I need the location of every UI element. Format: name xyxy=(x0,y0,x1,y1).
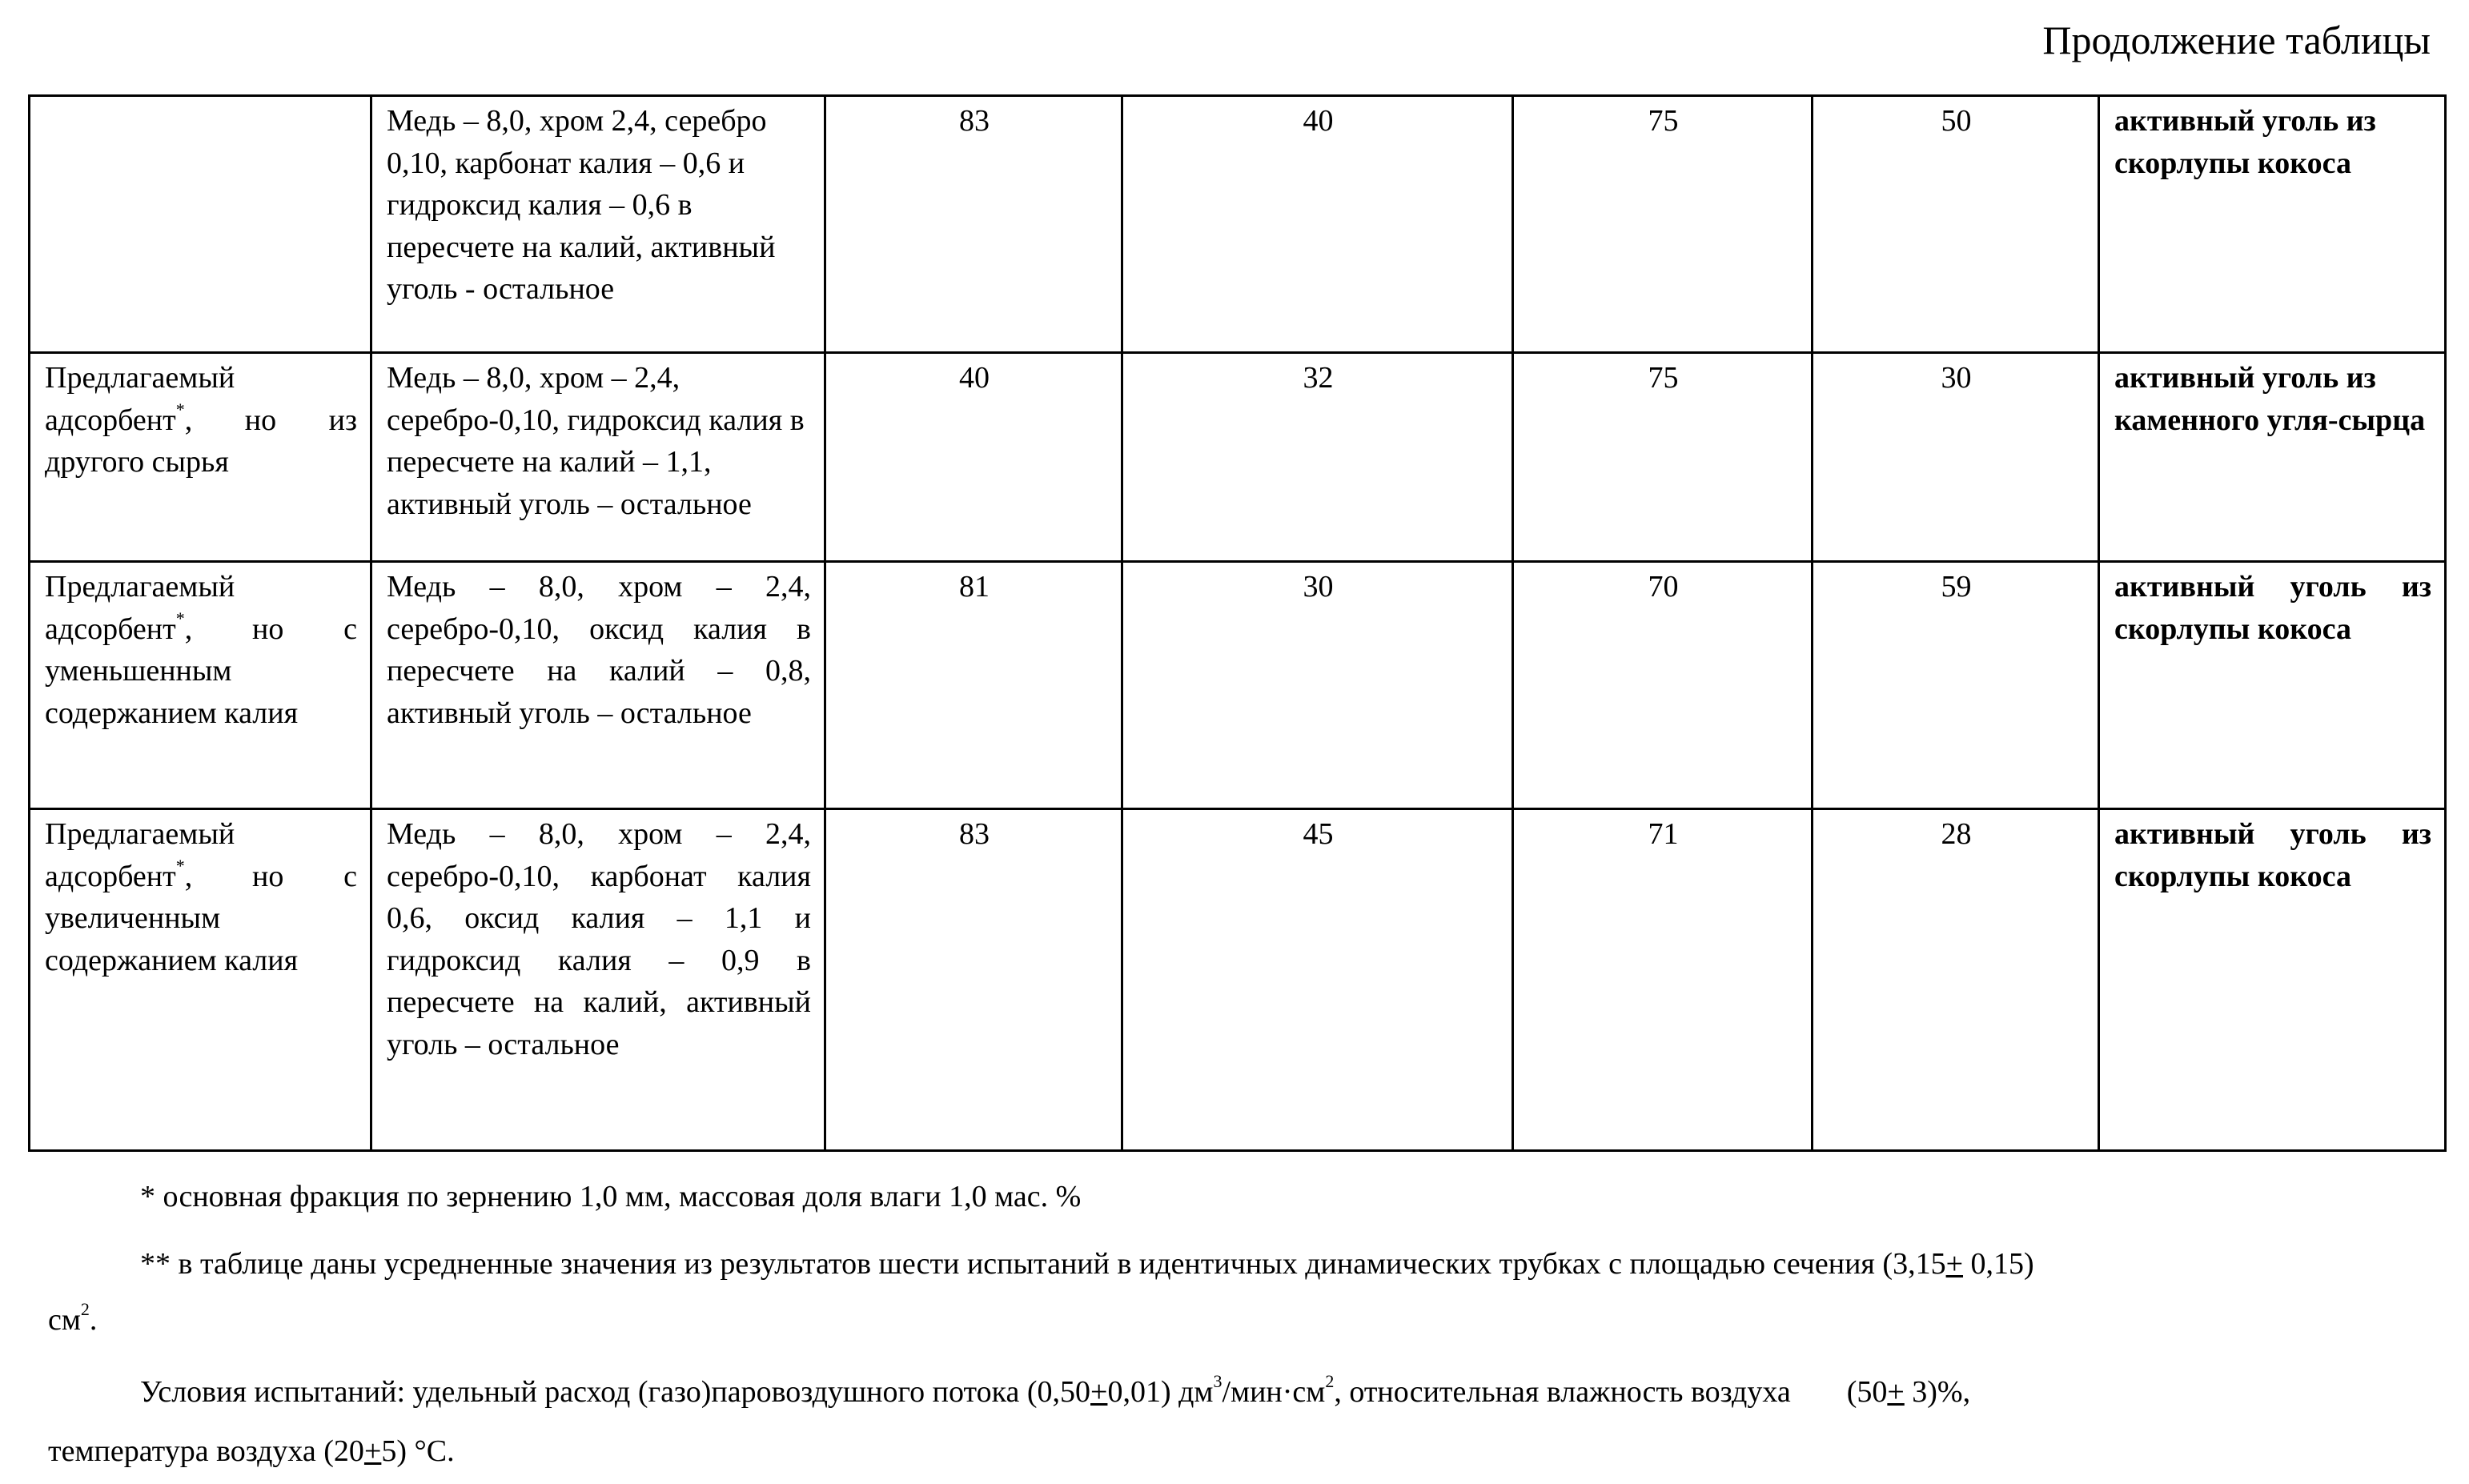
footnote-double-asterisk-unit: см2. xyxy=(48,1300,97,1340)
value-cell: 45 xyxy=(1122,809,1513,1151)
value-cell: 50 xyxy=(1813,96,2099,353)
value-cell: 28 xyxy=(1813,809,2099,1151)
test-temperature: температура воздуха (20+5) °C. xyxy=(48,1431,455,1471)
raw-material-cell: активный уголь из скорлупы кокоса xyxy=(2099,809,2446,1151)
test-conditions: Условия испытаний: удельный расход (газо… xyxy=(140,1372,2430,1412)
value-cell: 40 xyxy=(825,353,1122,562)
table-row: Предлагаемый адсорбент*, но из другого с… xyxy=(30,353,2446,562)
adsorbent-name-cell: Предлагаемый адсорбент*, но с увеличенны… xyxy=(30,809,371,1151)
raw-material-cell: активный уголь из скорлупы кокоса xyxy=(2099,562,2446,809)
table-continuation-title: Продолжение таблицы xyxy=(2042,16,2431,64)
value-cell: 30 xyxy=(1813,353,2099,562)
value-cell: 83 xyxy=(825,96,1122,353)
value-cell: 70 xyxy=(1513,562,1813,809)
table-row: Медь – 8,0, хром 2,4, серебро 0,10, карб… xyxy=(30,96,2446,353)
raw-material-cell: активный уголь из скорлупы кокоса xyxy=(2099,96,2446,353)
raw-material-cell: активный уголь из каменного угля-сырца xyxy=(2099,353,2446,562)
value-cell: 75 xyxy=(1513,96,1813,353)
composition-cell: Медь – 8,0, хром – 2,4, серебро-0,10, ги… xyxy=(371,353,825,562)
value-cell: 32 xyxy=(1122,353,1513,562)
composition-cell: Медь – 8,0, хром – 2,4, серебро-0,10, ка… xyxy=(371,809,825,1151)
footnote-double-asterisk: ** в таблице даны усредненные значения и… xyxy=(140,1244,2034,1284)
value-cell: 81 xyxy=(825,562,1122,809)
table-row: Предлагаемый адсорбент*, но с уменьшенны… xyxy=(30,562,2446,809)
adsorbent-name-cell xyxy=(30,96,371,353)
adsorbent-name-cell: Предлагаемый адсорбент*, но с уменьшенны… xyxy=(30,562,371,809)
table-row: Предлагаемый адсорбент*, но с увеличенны… xyxy=(30,809,2446,1151)
composition-cell: Медь – 8,0, хром – 2,4, серебро-0,10, ок… xyxy=(371,562,825,809)
value-cell: 75 xyxy=(1513,353,1813,562)
value-cell: 59 xyxy=(1813,562,2099,809)
adsorbent-name-cell: Предлагаемый адсорбент*, но из другого с… xyxy=(30,353,371,562)
value-cell: 40 xyxy=(1122,96,1513,353)
composition-cell: Медь – 8,0, хром 2,4, серебро 0,10, карб… xyxy=(371,96,825,353)
results-table: Медь – 8,0, хром 2,4, серебро 0,10, карб… xyxy=(28,94,2447,1152)
value-cell: 83 xyxy=(825,809,1122,1151)
footnote-single-asterisk: * основная фракция по зернению 1,0 мм, м… xyxy=(140,1177,1081,1217)
value-cell: 30 xyxy=(1122,562,1513,809)
value-cell: 71 xyxy=(1513,809,1813,1151)
